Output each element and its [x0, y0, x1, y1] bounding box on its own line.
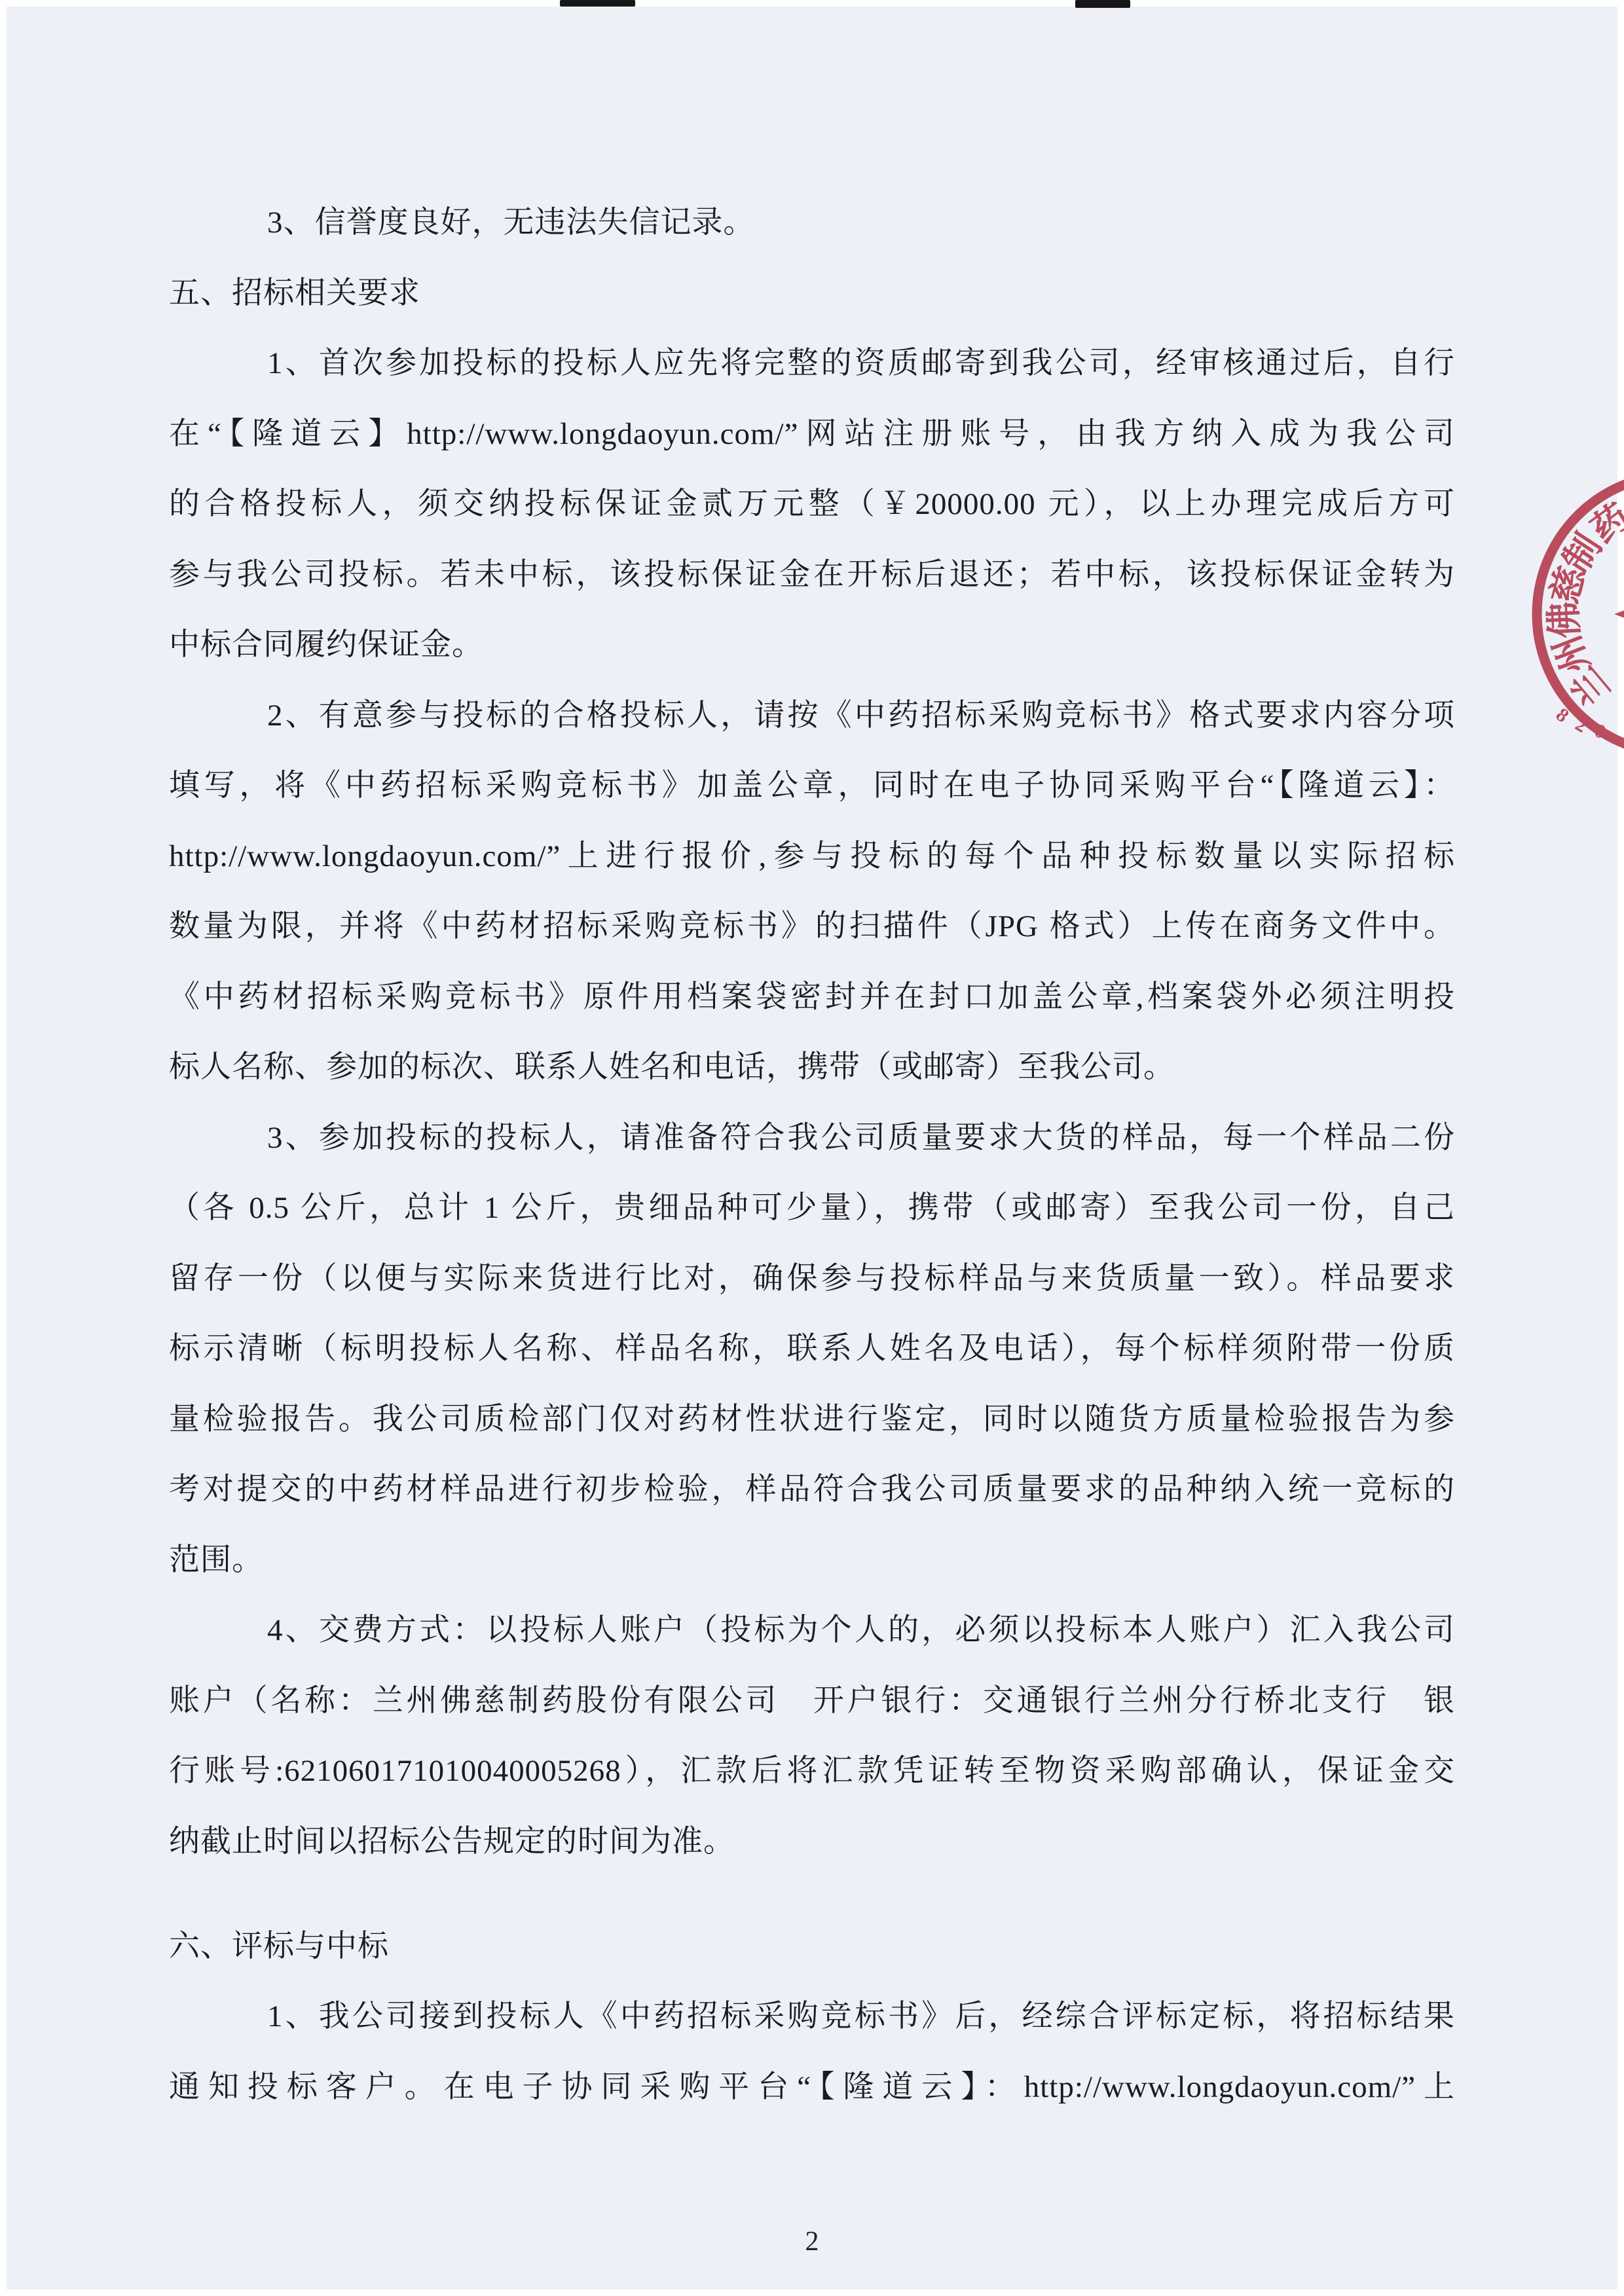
text-line: 参与我公司投标。若未中标，该投标保证金在开标后退还；若中标，该投标保证金转为 [169, 556, 1455, 593]
text-line: 的合格投标人，须交纳投标保证金贰万元整（￥20000.00 元），以上办理完成后… [169, 486, 1455, 522]
text-line: 数量为限，并将《中药材招标采购竞标书》的扫描件（JPG 格式）上传在商务文件中。 [169, 908, 1455, 945]
text-line: 通知投标客户。在电子协同采购平台“【隆道云】：http://www.longda… [169, 2069, 1455, 2105]
text-line: 《中药材招标采购竞标书》原件用档案袋密封并在封口加盖公章,档案袋外必须注明投 [169, 979, 1455, 1015]
text-line: 4、交费方式：以投标人账户（投标为个人的，必须以投标本人账户）汇入我公司 [169, 1612, 1455, 1649]
seal-character: 制 [1556, 527, 1610, 580]
seal-character: 兰 [1564, 659, 1619, 713]
seal-serial-digit: 2 [1572, 714, 1591, 737]
text-line: 1、首次参加投标的投标人应先将完整的资质邮寄到我公司，经审核通过后，自行 [169, 345, 1455, 382]
text-line: 3、信誉度良好，无违法失信记录。 [169, 204, 1455, 241]
scan-artifact [560, 0, 635, 7]
text-line: 五、招标相关要求 [169, 275, 1455, 312]
text-line: 标人名称、参加的标次、联系人姓名和电话，携带（或邮寄）至我公司。 [169, 1049, 1455, 1085]
seal-serial-digit: 8 [1552, 704, 1573, 727]
text-line: 考对提交的中药材样品进行初步检验，样品符合我公司质量要求的品种纳入统一竞标的 [169, 1471, 1455, 1508]
seal-character: 州 [1547, 630, 1598, 679]
text-line: 2、有意参与投标的合格投标人，请按《中药招标采购竞标书》格式要求内容分项 [169, 697, 1455, 734]
text-line: 行账号:621060171010040005268），汇款后将汇款凭证转至物资采… [169, 1753, 1455, 1789]
text-line: 六、评标与中标 [169, 1928, 1455, 1965]
company-seal-stamp: 兰州佛慈制药820 [1493, 450, 1624, 791]
text-line: http://www.longdaoyun.com/”上进行报价,参与投标的每个… [169, 838, 1455, 875]
seal-character: 药 [1584, 497, 1624, 551]
text-line: 3、参加投标的投标人，请准备符合我公司质量要求大货的样品，每一个样品二份 [169, 1120, 1455, 1156]
text-line: 留存一份（以便与实际来货进行比对，确保参与投标样品与来货质量一致）。样品要求 [169, 1260, 1455, 1297]
text-line: 填写，将《中药招标采购竞标书》加盖公章，同时在电子协同采购平台“【隆道云】： [169, 767, 1455, 804]
text-line: 在“【隆道云】http://www.longdaoyun.com/”网站注册账号… [169, 416, 1455, 452]
document-page: 3、信誉度良好，无违法失信记录。五、招标相关要求1、首次参加投标的投标人应先将完… [0, 0, 1624, 2296]
seal-star-icon [1614, 555, 1624, 674]
text-line: 1、我公司接到投标人《中药招标采购竞标书》后，经综合评标定标，将招标结果 [169, 1998, 1455, 2035]
text-line: 标示清晰（标明投标人名称、样品名称，联系人姓名及电话），每个标样须附带一份质 [169, 1330, 1455, 1367]
text-line: 量检验报告。我公司质检部门仅对药材性状进行鉴定，同时以随货方质量检验报告为参 [169, 1401, 1455, 1438]
scan-artifact [1075, 0, 1130, 8]
page-number: 2 [0, 2226, 1624, 2257]
seal-serial-digit: 0 [1591, 720, 1608, 743]
seal-character: 慈 [1544, 562, 1593, 608]
text-line: （各 0.5 公斤，总计 1 公斤，贵细品种可少量），携带（或邮寄）至我公司一份… [169, 1190, 1455, 1226]
text-line: 范围。 [169, 1542, 1455, 1578]
text-line: 纳截止时间以招标公告规定的时间为准。 [169, 1823, 1455, 1860]
text-line: 账户（名称：兰州佛慈制药股份有限公司 开户银行：交通银行兰州分行桥北支行 银 [169, 1683, 1455, 1719]
text-line: 中标合同履约保证金。 [169, 627, 1455, 663]
seal-character: 佛 [1544, 600, 1587, 639]
